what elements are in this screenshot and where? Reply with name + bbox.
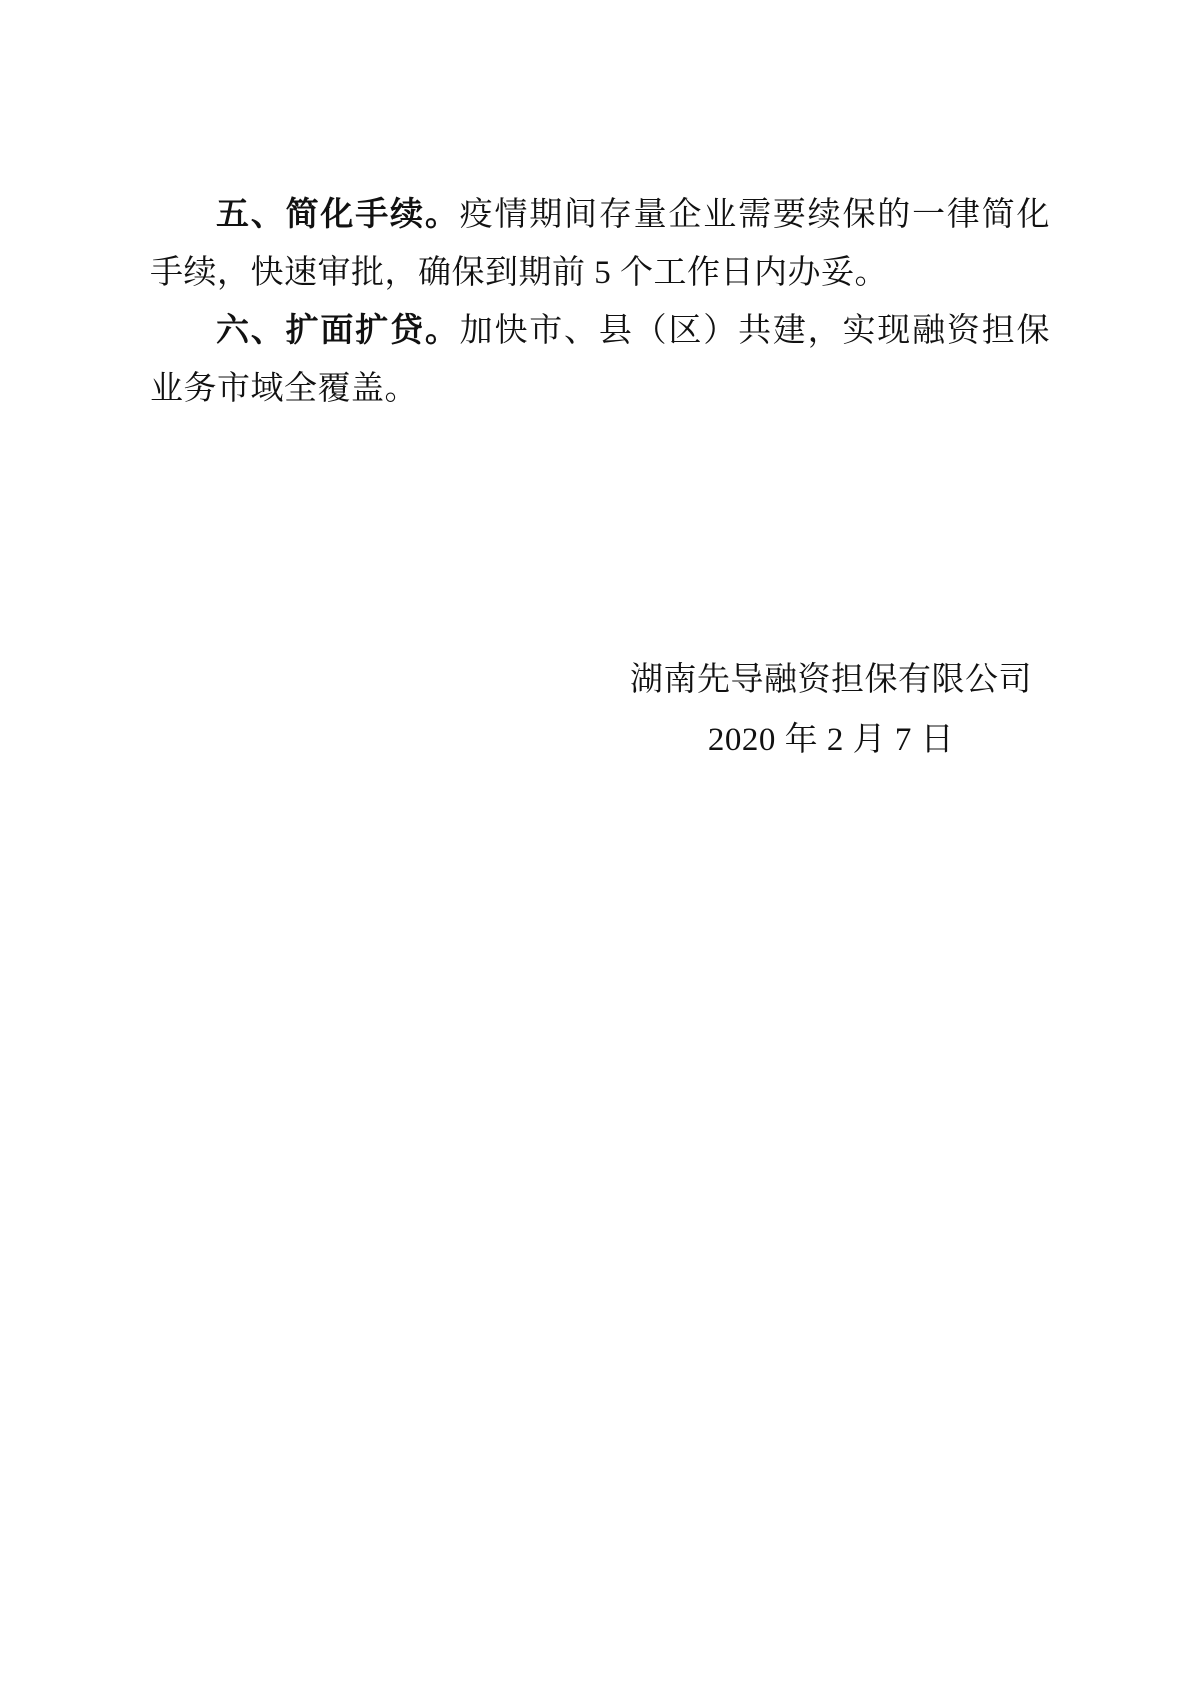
paragraph-6: 六、扩面扩贷。加快市、县（区）共建，实现融资担保业务市域全覆盖。 (150, 302, 1050, 418)
paragraph-5-lead: 五、简化手续。 (216, 197, 460, 233)
paragraph-5: 五、简化手续。疫情期间存量企业需要续保的一律简化手续，快速审批，确保到期前 5 … (150, 186, 1050, 302)
signature-block: 湖南先导融资担保有限公司 2020 年 2 月 7 日 (630, 650, 1032, 770)
paragraph-6-lead: 六、扩面扩贷。 (216, 313, 460, 349)
document-body: 五、简化手续。疫情期间存量企业需要续保的一律简化手续，快速审批，确保到期前 5 … (150, 186, 1050, 418)
signature-company-name: 湖南先导融资担保有限公司 (630, 650, 1032, 710)
document-page: 五、简化手续。疫情期间存量企业需要续保的一律简化手续，快速审批，确保到期前 5 … (0, 0, 1200, 1697)
signature-date: 2020 年 2 月 7 日 (630, 710, 1032, 770)
